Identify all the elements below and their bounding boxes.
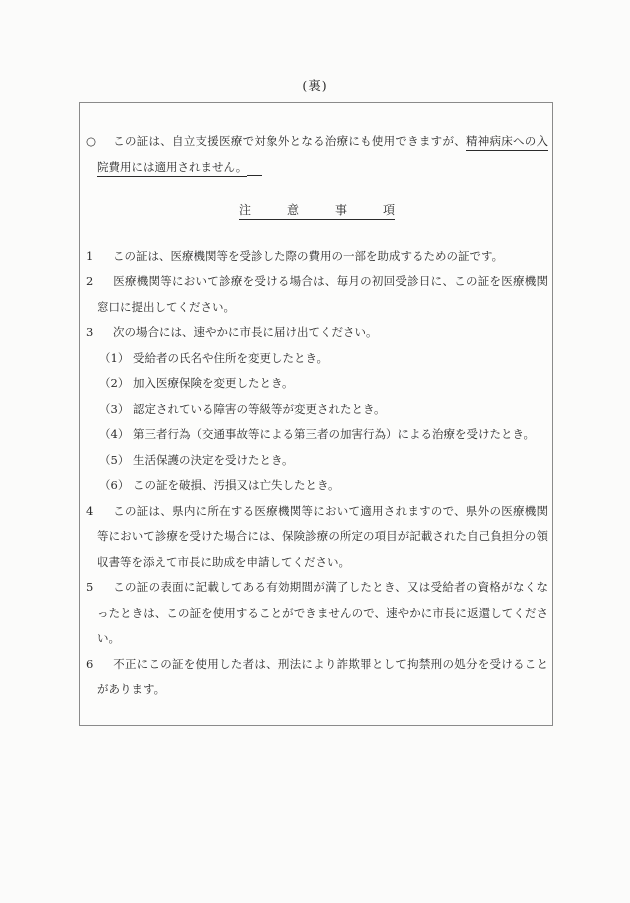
subitem-5-number: （5） — [99, 448, 133, 474]
precautions-heading: 注 意 事 項 — [86, 198, 548, 224]
subitem-6-number: （6） — [99, 473, 133, 499]
item-3-text: 次の場合には、速やかに市長に届け出てください。 — [113, 325, 378, 339]
subitem-1-number: （1） — [99, 346, 133, 372]
page-side-label: (裏) — [0, 76, 630, 94]
item-3-subitem-1: （1）受給者の氏名や住所を変更したとき。 — [86, 346, 548, 372]
circle-bullet-marker: ○ — [86, 129, 113, 155]
item-3-subitem-2: （2）加入医療保険を変更したとき。 — [86, 371, 548, 397]
subitem-4-number: （4） — [99, 422, 133, 448]
notice-box: ○この証は、自立支援医療で対象外となる治療にも使用できますが、精神病床への入院費… — [79, 102, 553, 726]
item-1-number: 1 — [86, 244, 113, 270]
item-3-subitem-6: （6）この証を破損、汚損又は亡失したとき。 — [86, 473, 548, 499]
subitem-2-number: （2） — [99, 371, 133, 397]
item-4-text: この証は、県内に所在する医療機関等において適用されますので、県外の医療機関等にお… — [97, 504, 548, 569]
item-3-number: 3 — [86, 320, 113, 346]
precautions-heading-text: 注 意 事 項 — [239, 203, 395, 220]
subitem-5-text: 生活保護の決定を受けたとき。 — [133, 453, 294, 467]
item-2-number: 2 — [86, 269, 113, 295]
subitem-6-text: この証を破損、汚損又は亡失したとき。 — [133, 478, 340, 492]
subitem-3-text: 認定されている障害の等級等が変更されたとき。 — [133, 402, 386, 416]
subitem-3-number: （3） — [99, 397, 133, 423]
document-page: (裏) ○この証は、自立支援医療で対象外となる治療にも使用できますが、精神病床へ… — [0, 0, 630, 903]
item-3: 3次の場合には、速やかに市長に届け出てください。 — [86, 320, 548, 346]
item-5: 5この証の表面に記載してある有効期間が満了したとき、又は受給者の資格がなくなった… — [86, 575, 548, 652]
item-6: 6不正にこの証を使用した者は、刑法により詐欺罪として拘禁刑の処分を受けることがあ… — [86, 652, 548, 703]
item-3-subitem-3: （3）認定されている障害の等級等が変更されたとき。 — [86, 397, 548, 423]
item-2-text: 医療機関等において診療を受ける場合は、毎月の初回受診日に、この証を医療機関窓口に… — [97, 274, 548, 314]
item-4-number: 4 — [86, 499, 113, 525]
item-5-number: 5 — [86, 575, 113, 601]
item-4: 4この証は、県内に所在する医療機関等において適用されますので、県外の医療機関等に… — [86, 499, 548, 576]
notice-lead-paragraph: ○この証は、自立支援医療で対象外となる治療にも使用できますが、精神病床への入院費… — [86, 129, 548, 180]
item-6-text: 不正にこの証を使用した者は、刑法により詐欺罪として拘禁刑の処分を受けることがあり… — [97, 657, 548, 697]
notice-lead-text: この証は、自立支援医療で対象外となる治療にも使用できますが、 — [113, 134, 466, 148]
subitem-4-text: 第三者行為（交通事故等による第三者の加害行為）による治療を受けたとき。 — [133, 427, 535, 441]
item-3-subitem-5: （5）生活保護の決定を受けたとき。 — [86, 448, 548, 474]
item-1: 1この証は、医療機関等を受診した際の費用の一部を助成するための証です。 — [86, 244, 548, 270]
item-1-text: この証は、医療機関等を受診した際の費用の一部を助成するための証です。 — [113, 249, 503, 263]
item-6-number: 6 — [86, 652, 113, 678]
subitem-2-text: 加入医療保険を変更したとき。 — [133, 376, 294, 390]
underline-tail — [247, 163, 262, 176]
subitem-1-text: 受給者の氏名や住所を変更したとき。 — [133, 351, 328, 365]
item-2: 2医療機関等において診療を受ける場合は、毎月の初回受診日に、この証を医療機関窓口… — [86, 269, 548, 320]
item-5-text: この証の表面に記載してある有効期間が満了したとき、又は受給者の資格がなくなったと… — [97, 580, 548, 645]
item-3-subitem-4: （4）第三者行為（交通事故等による第三者の加害行為）による治療を受けたとき。 — [86, 422, 548, 448]
